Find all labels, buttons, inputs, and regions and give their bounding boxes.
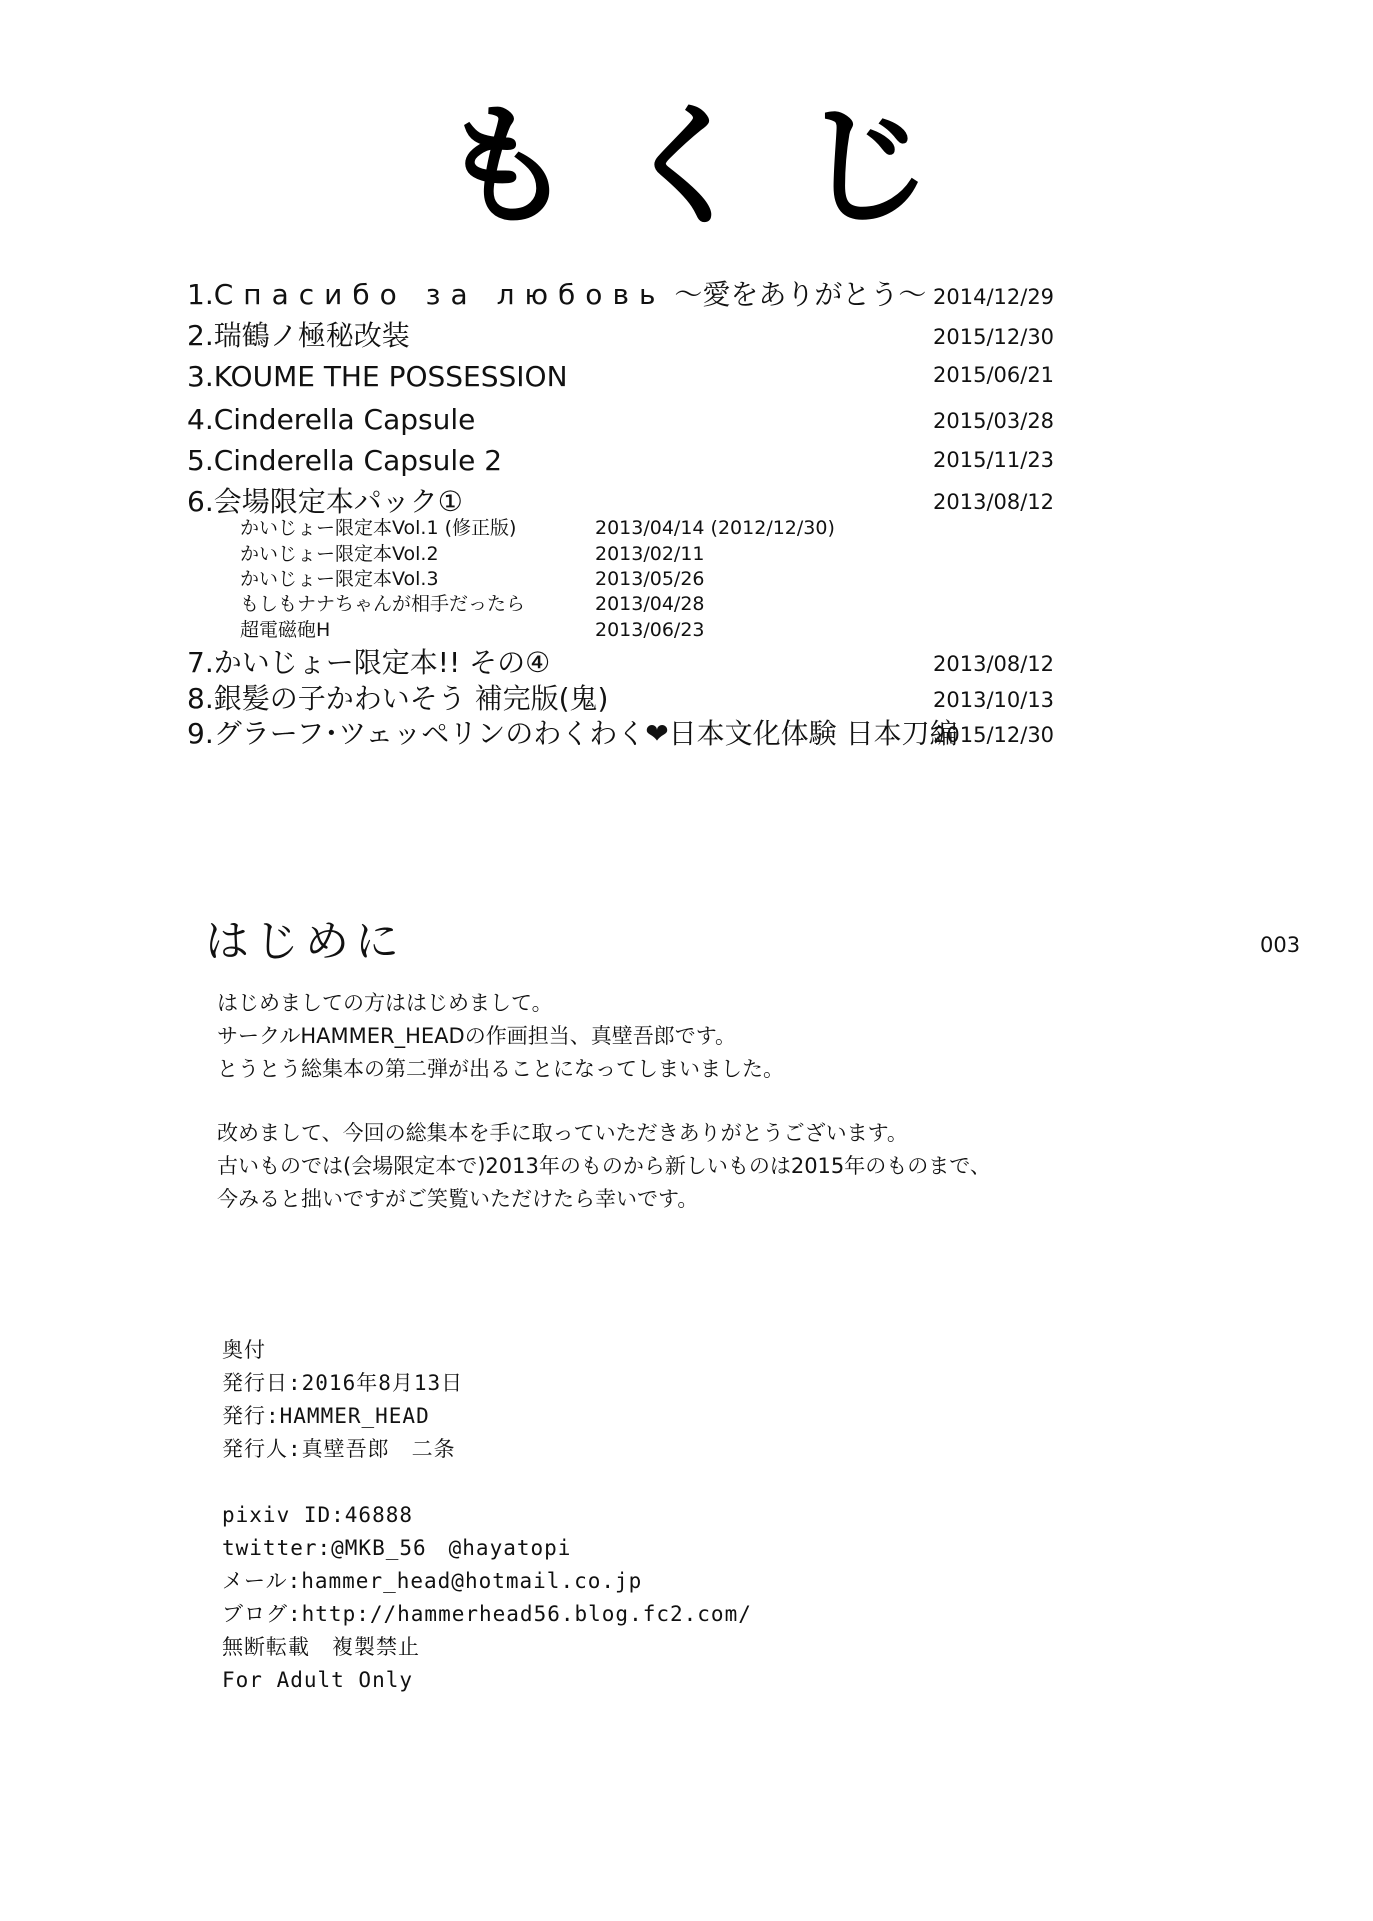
toc-item-7-title: 7.かいじょー限定本!! その④ [187, 646, 550, 680]
intro-line: 改めまして、今回の総集本を手に取っていただきありがとうございます。 [217, 1118, 908, 1148]
sub-item-date: 2013/02/11 [595, 542, 705, 566]
colophon-heading: 奥付 [222, 1335, 266, 1365]
toc-item-title-japanese: ～愛をありがとう～ [665, 278, 926, 311]
intro-line: 今みると拙いですがご笑覧いただけたら幸いです。 [217, 1184, 698, 1214]
sub-item-title: かいじょー限定本Vol.2 [240, 542, 439, 566]
sub-item-title: もしもナナちゃんが相手だったら [240, 592, 525, 616]
sub-item-title: かいじょー限定本Vol.1 (修正版) [240, 516, 516, 540]
toc-item-8-title: 8.銀髪の子かわいそう 補完版(鬼) [187, 682, 608, 716]
toc-item-number: 8. [187, 682, 214, 715]
toc-item-number: 6. [187, 485, 214, 518]
toc-item-title: 銀髪の子かわいそう 補完版(鬼) [214, 682, 609, 715]
sub-item-date: 2013/04/28 [595, 592, 705, 616]
toc-item-6-title: 6.会場限定本パック① [187, 485, 463, 519]
toc-item-1-date: 2014/12/29 [933, 280, 1054, 314]
sub-item-date: 2013/05/26 [595, 567, 705, 591]
toc-item-number: 4. [187, 403, 214, 436]
toc-item-2-date: 2015/12/30 [933, 320, 1054, 354]
toc-item-title: 瑞鶴ノ極秘改装 [214, 319, 410, 352]
toc-item-title: Cinderella Capsule 2 [214, 444, 502, 477]
colophon-mail: メール:hammer_head@hotmail.co.jp [222, 1566, 642, 1596]
colophon-pixiv: pixiv ID:46888 [222, 1500, 413, 1530]
toc-item-9-title: 9.グラーフ･ツェッペリンのわくわく❤日本文化体験 日本刀編 [187, 717, 958, 751]
toc-item-5-title: 5.Cinderella Capsule 2 [187, 444, 502, 478]
toc-item-title: 会場限定本パック① [214, 485, 463, 518]
toc-item-8-date: 2013/10/13 [933, 683, 1054, 717]
toc-item-number: 3. [187, 360, 214, 393]
toc-item-title-russian: Спасибо за любовь [214, 278, 666, 311]
intro-line: とうとう総集本の第二弾が出ることになってしまいました。 [217, 1054, 784, 1084]
toc-item-4-date: 2015/03/28 [933, 404, 1054, 438]
toc-item-number: 5. [187, 444, 214, 477]
colophon-blog: ブログ:http://hammerhead56.blog.fc2.com/ [222, 1599, 752, 1629]
toc-item-title: Cinderella Capsule [214, 403, 476, 436]
toc-item-number: 9. [187, 717, 214, 750]
toc-item-number: 2. [187, 319, 214, 352]
intro-heading: はじめに [205, 914, 405, 970]
toc-item-4-title: 4.Cinderella Capsule [187, 403, 475, 437]
toc-item-title: グラーフ･ツェッペリンのわくわく❤日本文化体験 日本刀編 [214, 717, 958, 750]
toc-item-number: 1. [187, 278, 214, 311]
colophon-publish-date: 発行日:2016年8月13日 [222, 1368, 463, 1398]
toc-item-9-date: 2015/12/30 [933, 718, 1054, 752]
page-title: もくじ [0, 92, 1373, 242]
toc-item-6-date: 2013/08/12 [933, 485, 1054, 519]
toc-item-1-title: 1.Спасибо за любовь ～愛をありがとう～ [187, 278, 926, 312]
colophon-notice: 無断転載 複製禁止 [222, 1632, 420, 1662]
toc-item-title: かいじょー限定本!! その④ [214, 646, 550, 679]
toc-item-title: KOUME THE POSSESSION [214, 360, 568, 393]
toc-item-3-date: 2015/06/21 [933, 358, 1054, 392]
colophon-authors: 発行人:真壁吾郎 二条 [222, 1434, 456, 1464]
sub-item-title: 超電磁砲H [240, 618, 330, 642]
page-number: 003 [1260, 930, 1300, 960]
sub-item-date: 2013/06/23 [595, 618, 705, 642]
colophon-rating: For Adult Only [222, 1665, 413, 1695]
sub-item-title: かいじょー限定本Vol.3 [240, 567, 439, 591]
intro-line: サークルHAMMER_HEADの作画担当、真壁吾郎です。 [217, 1021, 736, 1051]
toc-item-5-date: 2015/11/23 [933, 443, 1054, 477]
intro-line: はじめましての方ははじめまして。 [217, 988, 553, 1018]
sub-item-date: 2013/04/14 (2012/12/30) [595, 516, 835, 540]
toc-item-7-date: 2013/08/12 [933, 647, 1054, 681]
intro-line: 古いものでは(会場限定本で)2013年のものから新しいものは2015年のものまで… [217, 1151, 991, 1181]
toc-item-3-title: 3.KOUME THE POSSESSION [187, 360, 568, 394]
toc-item-number: 7. [187, 646, 214, 679]
colophon-publisher: 発行:HAMMER_HEAD [222, 1401, 430, 1431]
colophon-twitter: twitter:@MKB_56 @hayatopi [222, 1533, 571, 1563]
toc-item-2-title: 2.瑞鶴ノ極秘改装 [187, 319, 410, 353]
